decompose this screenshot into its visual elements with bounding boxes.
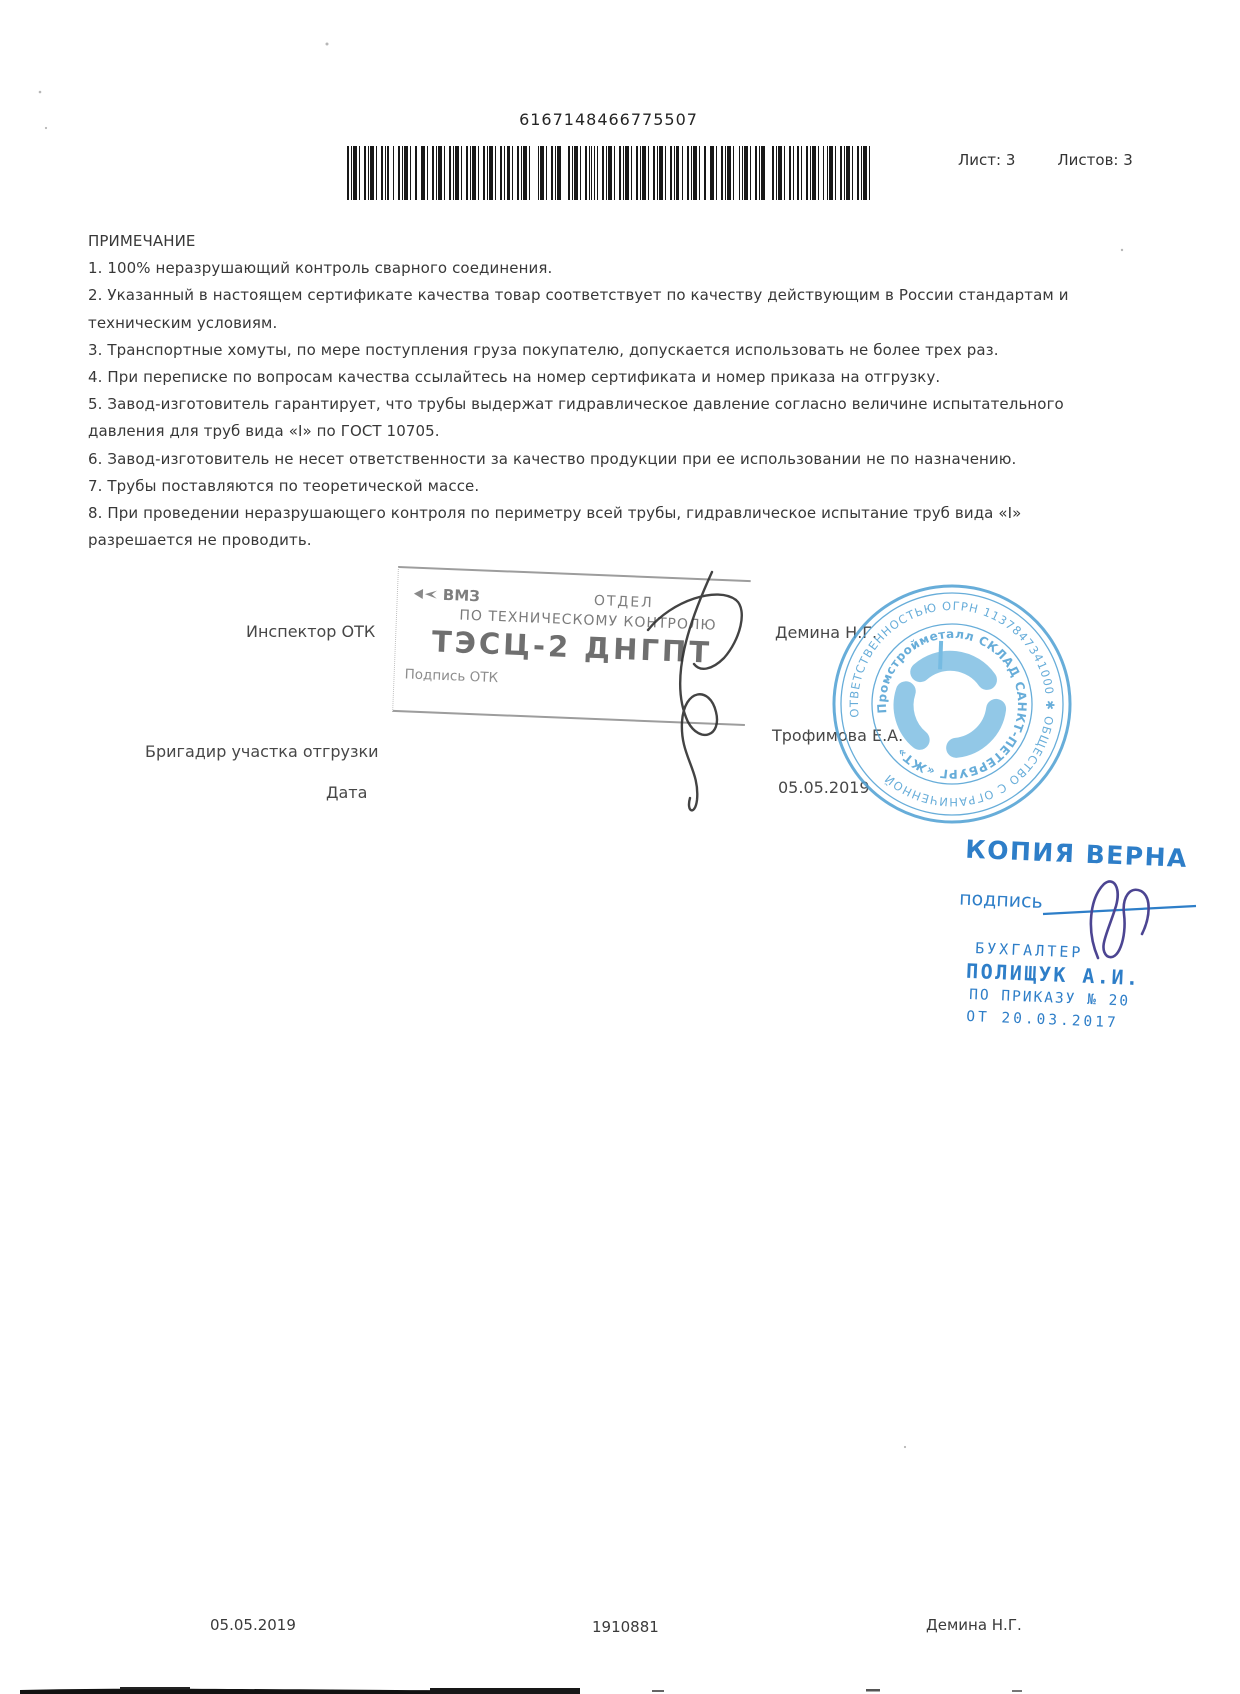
svg-text:Промстройметалл СКЛАД САНКТ-: Промстройметалл СКЛАД САНКТ-ПЕТЕРБУРГ «Ж… [865,617,1039,791]
order-ref-line: ПО ПРИКАЗУ № 20 [969,987,1130,1010]
barcode-number: 6167148466775507 [347,110,870,129]
otk-org: ВМЗ [412,585,481,606]
brigadier-label: Бригадир участка отгрузки [145,742,379,761]
footer-order-number: 1910881 [592,1618,659,1636]
note-item: 3. Транспортные хомуты, по мере поступле… [88,337,1150,364]
vmz-logo-icon [412,587,439,602]
inspector-name: Демина Н.Г. [775,623,877,642]
scanned-certificate-page: 6167148466775507 Лист: 3Листов: 3 ПРИМЕЧ… [0,0,1240,1694]
note-item: 2. Указанный в настоящем сертификате кач… [88,282,1150,336]
note-item: 6. Завод-изготовитель не несет ответстве… [88,446,1150,473]
sheet-label: Лист: 3 [958,151,1015,169]
otk-rect-stamp: ВМЗ ОТДЕЛ ПО ТЕХНИЧЕСКОМУ КОНТРОЛЮ ТЭСЦ-… [392,566,751,726]
brigadier-name: Трофимова Е.А. [772,726,903,745]
accountant-name: ПОЛИЩУК А.И. [966,959,1141,990]
otk-org-label: ВМЗ [443,586,481,605]
note-item: 1. 100% неразрушающий контроль сварного … [88,255,1150,282]
accountant-title: БУХГАЛТЕР [975,939,1084,962]
footer-date: 05.05.2019 [210,1616,296,1634]
barcode [347,146,870,200]
note-item: 8. При проведении неразрушающего контрол… [88,500,1150,554]
notes-heading: ПРИМЕЧАНИЕ [88,228,1150,255]
round-stamp-emblem [898,655,1001,754]
date-label: Дата [326,783,367,802]
note-item: 7. Трубы поставляются по теоретической м… [88,473,1150,500]
copy-stamp-title: КОПИЯ ВЕРНА [965,835,1189,873]
round-stamp-emblem-detail [936,641,945,669]
inspector-label: Инспектор ОТК [246,622,375,641]
footer-name: Демина Н.Г. [926,1616,1022,1634]
date-value: 05.05.2019 [778,778,870,797]
round-stamp-inner-ring-text: Промстройметалл СКЛАД САНКТ-ПЕТЕРБУРГ «Ж… [865,617,1039,791]
sheet-info: Лист: 3Листов: 3 [958,151,1175,169]
scan-artifact-bottom-line [20,1687,1022,1694]
copy-sign-label: подпись [959,887,1043,912]
order-date-line: ОТ 20.03.2017 [966,1009,1119,1031]
sheets-total-label: Листов: 3 [1057,151,1132,169]
otk-dept-line1: ОТДЕЛ [594,593,654,611]
copy-stamp: КОПИЯ ВЕРНА подпись БУХГАЛТЕР ПОЛИЩУК А.… [941,832,1230,1054]
round-company-stamp: ОТВЕТСТВЕННОСТЬЮ ОГРН 1137847341000 ✱ ОБ… [819,571,1086,838]
otk-sign-label: Подпись ОТК [394,666,746,696]
note-item: 5. Завод-изготовитель гарантирует, что т… [88,391,1150,445]
note-item: 4. При переписке по вопросам качества сс… [88,364,1150,391]
notes-section: ПРИМЕЧАНИЕ 1. 100% неразрушающий контрол… [88,228,1150,554]
